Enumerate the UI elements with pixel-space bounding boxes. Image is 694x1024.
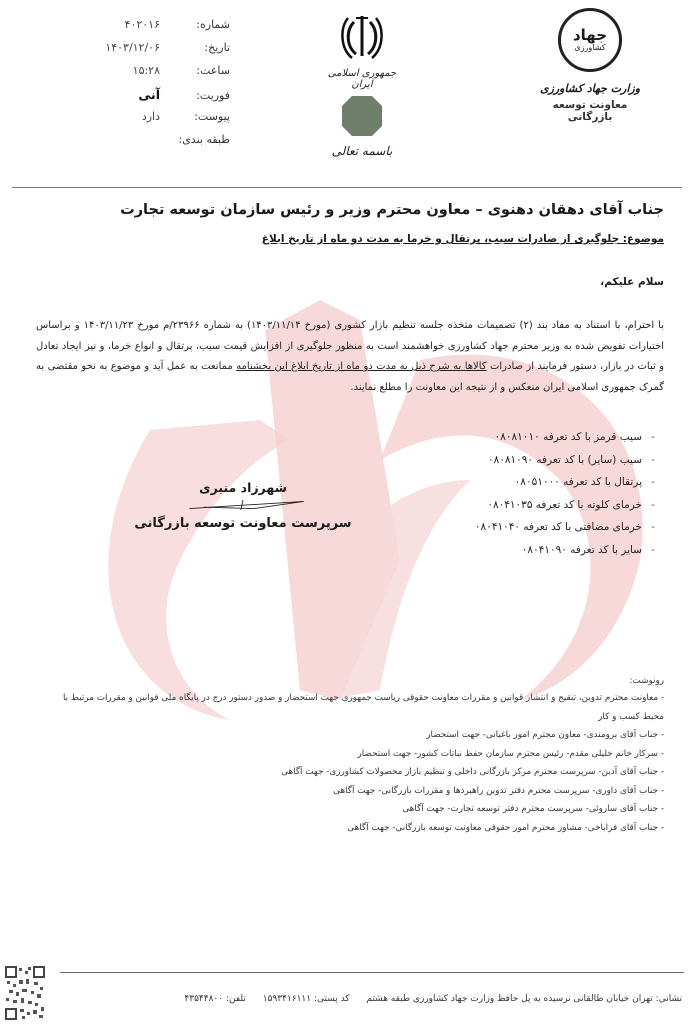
number-label: شماره: bbox=[170, 18, 230, 31]
list-item: -سیب (سایر) با کد تعرفه ۰۸۰۸۱۰۹۰ bbox=[404, 449, 664, 472]
item-text: خرمای مضافتی با کد تعرفه ۰۸۰۴۱۰۴۰ bbox=[475, 521, 642, 533]
ministry-department: معاونت توسعه بازرگانی bbox=[535, 99, 645, 123]
year-slogan-seal-icon bbox=[342, 96, 382, 136]
footer-phone: تلفن: ۴۳۵۴۴۸۰۰ bbox=[184, 994, 245, 1004]
cc-item: - معاونت محترم تدوین، تنقیح و انتشار قوا… bbox=[60, 689, 664, 726]
signature-block: شهرزاد منبری سرپرست معاونت توسعه بازرگان… bbox=[128, 480, 358, 531]
list-dash: - bbox=[642, 454, 664, 466]
item-text: سیب (سایر) با کد تعرفه ۰۸۰۸۱۰۹۰ bbox=[488, 454, 642, 466]
cc-item: - جناب آقای فراباخی- مشاور محترم امور حق… bbox=[60, 819, 664, 838]
emblem-caption: جمهوری اسلامی ایران bbox=[322, 68, 402, 90]
footer-contact: نشانی: تهران خیابان طالقانی نرسیده به پل… bbox=[110, 994, 682, 1004]
cc-item: - جناب آقای ساروئی- سرپرست محترم دفتر تو… bbox=[60, 800, 664, 819]
basmeh-taala-text: باسمه تعالی bbox=[322, 144, 402, 158]
letter-greeting: سلام علیکم، bbox=[600, 276, 664, 288]
header-divider bbox=[12, 187, 682, 188]
date-value: ۱۴۰۳/۱۲/۰۶ bbox=[70, 41, 170, 54]
list-item: -خرمای مضافتی با کد تعرفه ۰۸۰۴۱۰۴۰ bbox=[404, 516, 664, 539]
date-label: تاریخ: bbox=[170, 41, 230, 54]
footer-postal-code: کد پستی: ۱۵۹۳۴۱۶۱۱۱ bbox=[263, 994, 350, 1004]
letter-body: با احترام، با استناد به مفاد بند (۲) تصم… bbox=[36, 316, 664, 398]
qr-code-icon[interactable] bbox=[4, 965, 46, 1021]
letter-addressee: جناب آقای دهقان دهنوی – معاون محترم وزیر… bbox=[120, 202, 664, 218]
ministry-name: وزارت جهاد کشاورزی bbox=[535, 82, 645, 95]
cc-title: رونوشت: bbox=[60, 676, 664, 686]
priority-value: آنی bbox=[70, 87, 170, 102]
meta-classification: طبقه بندی: bbox=[70, 133, 230, 156]
logo-top-text: جهاد bbox=[573, 28, 607, 43]
item-text: سایر با کد تعرفه ۰۸۰۴۱۰۹۰ bbox=[522, 544, 642, 556]
body-text-underlined: کالاها به شرح ذیل به مدت دو ماه از تاریخ… bbox=[236, 361, 486, 372]
meta-time: ساعت: ۱۵:۲۸ bbox=[70, 64, 230, 87]
signatory-title: سرپرست معاونت توسعه بازرگانی bbox=[128, 516, 358, 531]
list-item: -خرمای کلوته با کد تعرفه ۰۸۰۴۱۰۳۵ bbox=[404, 494, 664, 517]
national-emblem-block: جمهوری اسلامی ایران باسمه تعالی bbox=[322, 12, 402, 158]
meta-attachment: پیوست: دارد bbox=[70, 110, 230, 133]
footer-address: نشانی: تهران خیابان طالقانی نرسیده به پل… bbox=[366, 994, 682, 1004]
list-dash: - bbox=[642, 521, 664, 533]
list-dash: - bbox=[642, 431, 664, 443]
ministry-header: جهاد کشاورزی وزارت جهاد کشاورزی معاونت ت… bbox=[535, 8, 645, 123]
list-item: -سایر با کد تعرفه ۰۸۰۴۱۰۹۰ bbox=[404, 539, 664, 562]
letter-subject: موضوع: جلوگیری از صادرات سیب، پرتقال و خ… bbox=[262, 233, 664, 245]
tariff-items-list: -سیب قرمز با کد تعرفه ۰۸۰۸۱۰۱۰ -سیب (سای… bbox=[404, 426, 664, 561]
attachment-value: دارد bbox=[70, 110, 170, 123]
cc-item: - جناب آقای برومندی- معاون محترم امور با… bbox=[60, 726, 664, 745]
meta-priority: فوریت: آنی bbox=[70, 87, 230, 110]
priority-label: فوریت: bbox=[170, 89, 230, 102]
list-dash: - bbox=[642, 476, 664, 488]
logo-bottom-text: کشاورزی bbox=[574, 43, 605, 53]
cc-item: - جناب آقای آدین- سرپرست محترم مرکز بازر… bbox=[60, 763, 664, 782]
number-value: ۴۰۲۰۱۶ bbox=[70, 18, 170, 31]
list-dash: - bbox=[642, 499, 664, 511]
list-item: -پرتقال با کد تعرفه ۰۸۰۵۱۰۰۰ bbox=[404, 471, 664, 494]
letter-page: شماره: ۴۰۲۰۱۶ تاریخ: ۱۴۰۳/۱۲/۰۶ ساعت: ۱۵… bbox=[0, 0, 694, 1024]
item-text: سیب قرمز با کد تعرفه ۰۸۰۸۱۰۱۰ bbox=[495, 431, 642, 443]
signatory-name: شهرزاد منبری bbox=[128, 480, 358, 495]
attachment-label: پیوست: bbox=[170, 110, 230, 123]
classification-label: طبقه بندی: bbox=[170, 133, 230, 146]
handwritten-signature-icon bbox=[128, 500, 358, 510]
item-text: پرتقال با کد تعرفه ۰۸۰۵۱۰۰۰ bbox=[515, 476, 642, 488]
time-label: ساعت: bbox=[170, 64, 230, 77]
cc-item: - سرکار خانم خلیلی مقدم- رئیس محترم سازم… bbox=[60, 745, 664, 764]
list-item: -سیب قرمز با کد تعرفه ۰۸۰۸۱۰۱۰ bbox=[404, 426, 664, 449]
footer-divider bbox=[60, 972, 684, 973]
iran-emblem-icon bbox=[340, 12, 384, 62]
meta-number: شماره: ۴۰۲۰۱۶ bbox=[70, 18, 230, 41]
time-value: ۱۵:۲۸ bbox=[70, 64, 170, 77]
item-text: خرمای کلوته با کد تعرفه ۰۸۰۴۱۰۳۵ bbox=[487, 499, 642, 511]
meta-date: تاریخ: ۱۴۰۳/۱۲/۰۶ bbox=[70, 41, 230, 64]
list-dash: - bbox=[642, 544, 664, 556]
jihad-keshavarzi-logo-icon: جهاد کشاورزی bbox=[558, 8, 622, 72]
cc-item: - جناب آقای داوری- سرپرست محترم دفتر تدو… bbox=[60, 782, 664, 801]
cc-list: رونوشت: - معاونت محترم تدوین، تنقیح و ان… bbox=[60, 676, 664, 837]
letter-meta: شماره: ۴۰۲۰۱۶ تاریخ: ۱۴۰۳/۱۲/۰۶ ساعت: ۱۵… bbox=[70, 18, 230, 156]
